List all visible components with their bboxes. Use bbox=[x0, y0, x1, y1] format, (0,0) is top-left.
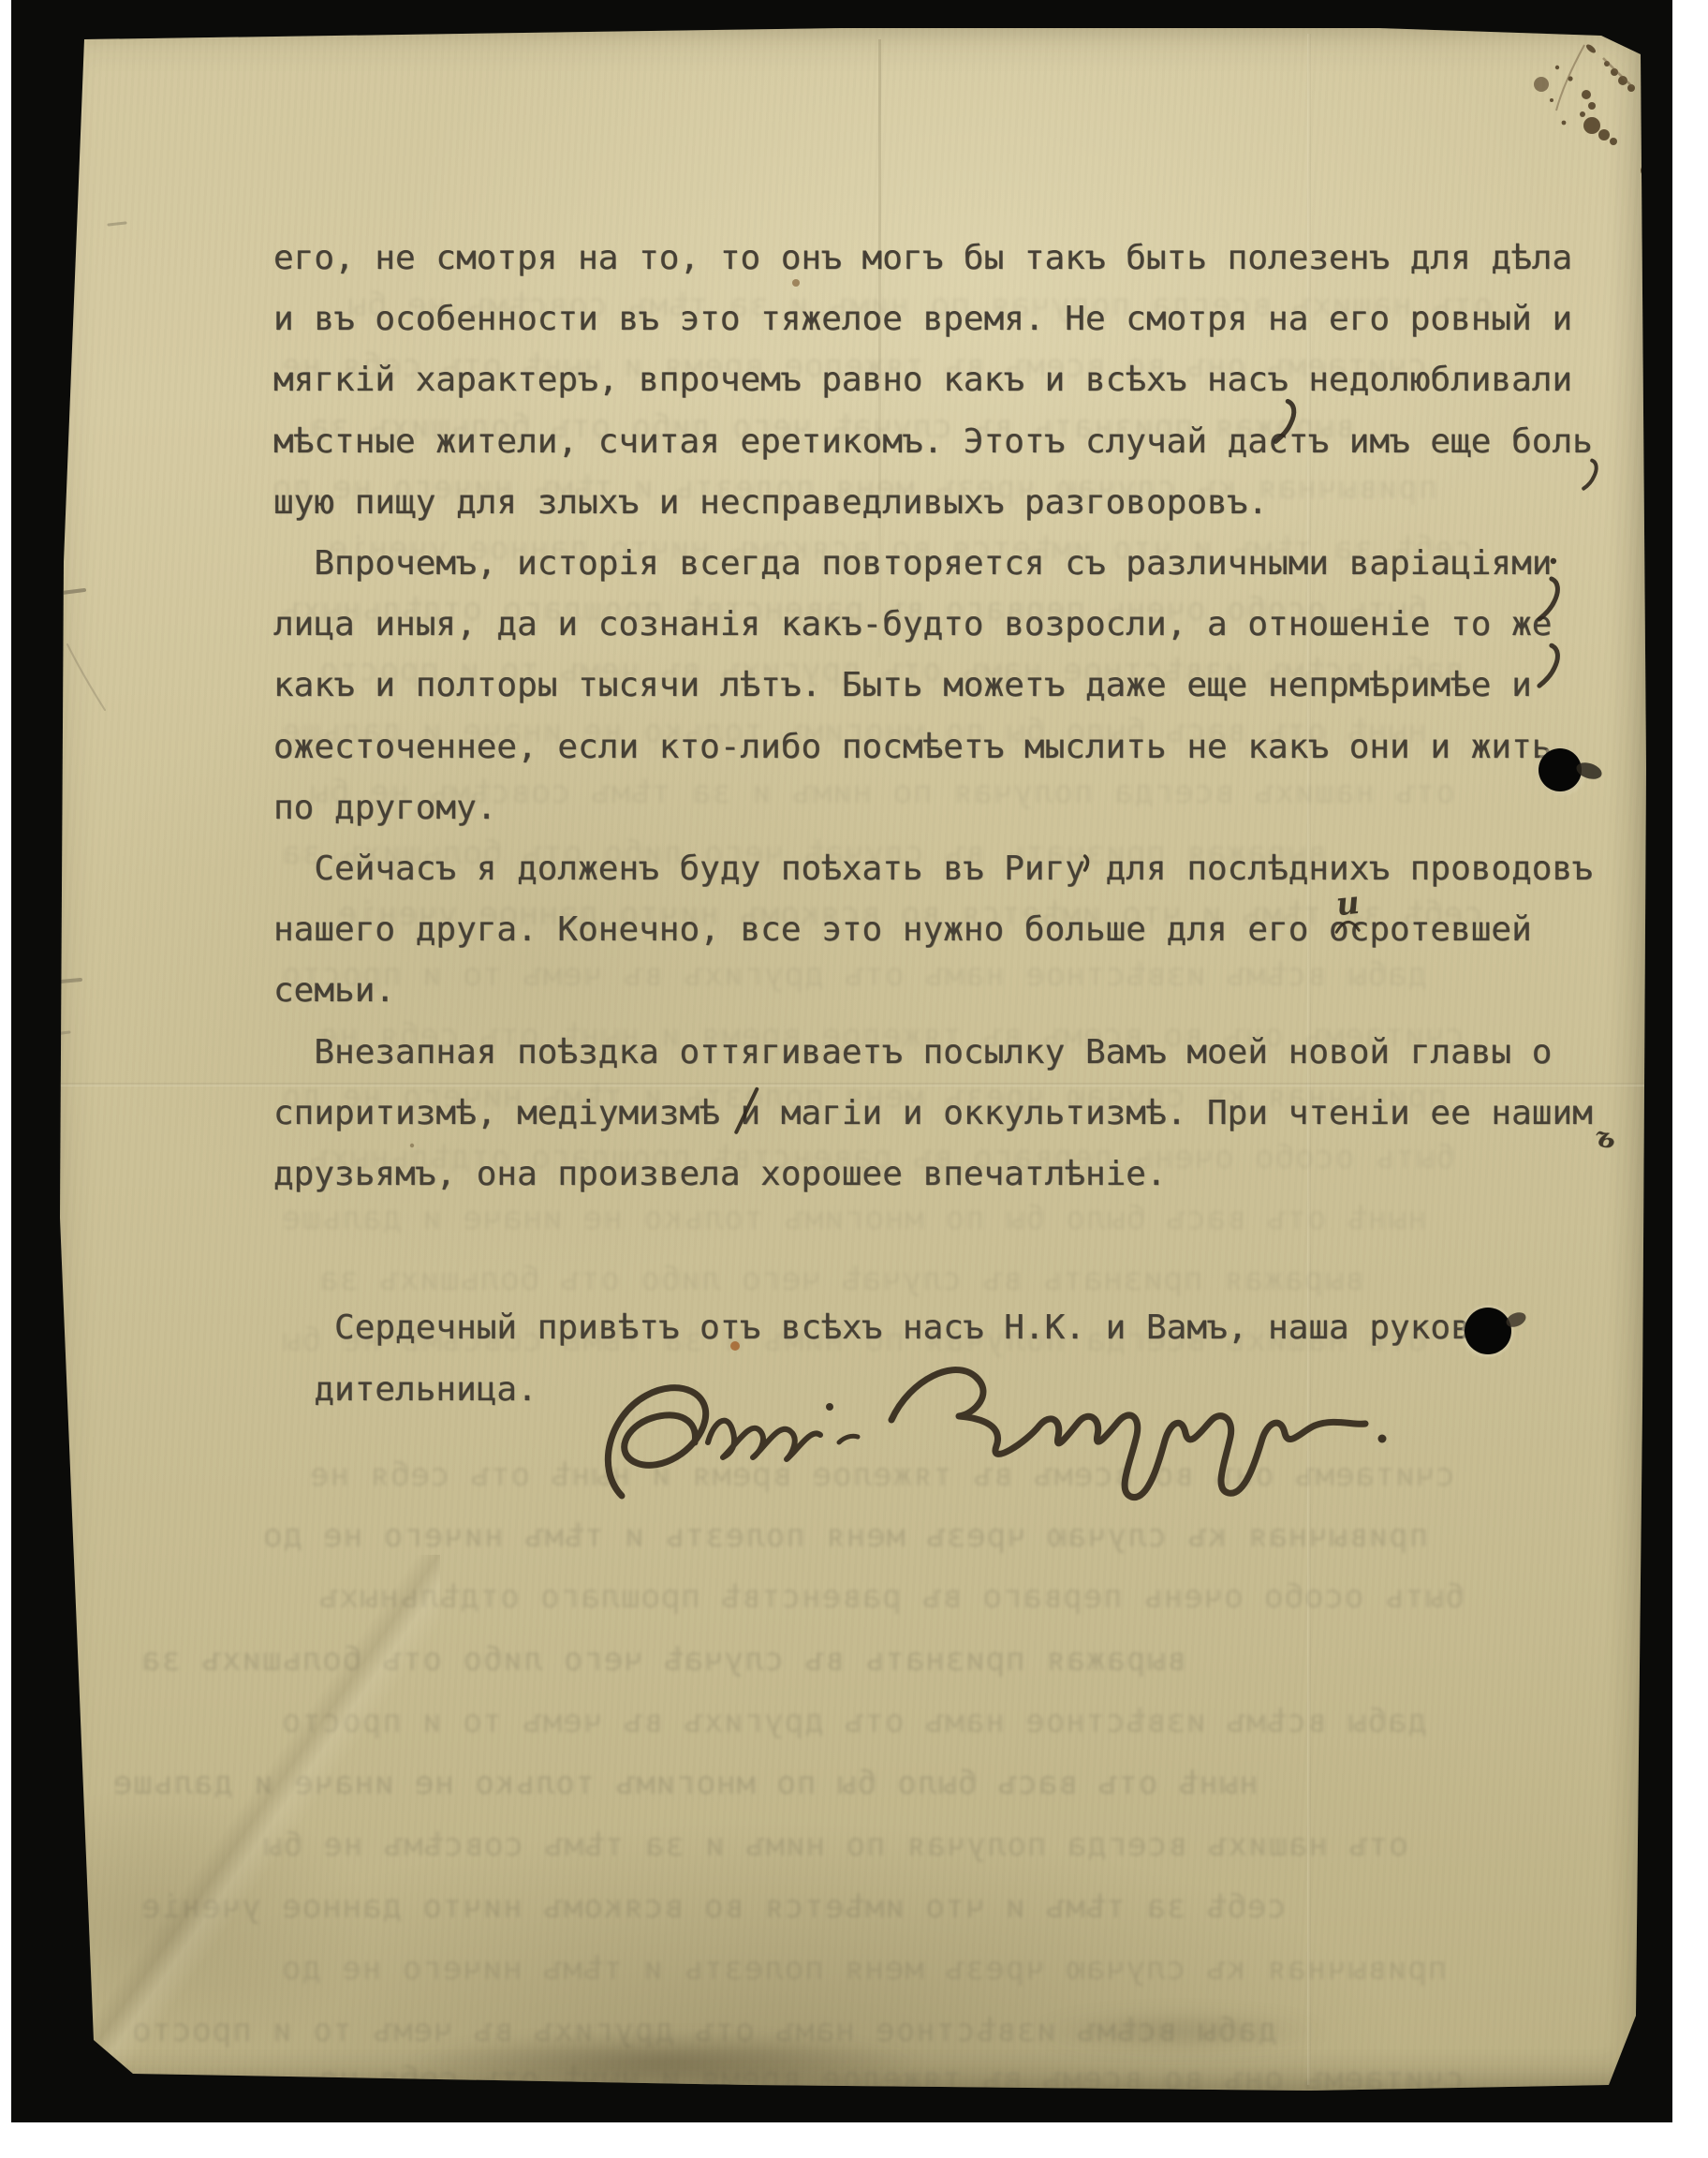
typed-line: мягкій характеръ, впрочемъ равно какъ и … bbox=[273, 352, 1572, 414]
typed-line: ожесточеннее, если кто-либо посмѣетъ мыс… bbox=[273, 719, 1552, 781]
typed-line: Сердечный привѣтъ отъ всѣхъ насъ Н.К. и … bbox=[273, 1300, 1511, 1362]
typed-line: дительница. bbox=[273, 1362, 537, 1424]
typed-line: мѣстные жители, считая еретикомъ. Этотъ … bbox=[273, 414, 1593, 476]
typed-line: Сейчасъ я долженъ буду поѣхать въ Ригу д… bbox=[273, 841, 1593, 903]
typed-line: нашего друга. Конечно, все это нужно бол… bbox=[273, 902, 1532, 964]
typed-line: Впрочемъ, исторія всегда повторяется съ … bbox=[273, 536, 1552, 598]
typed-line: и въ особенности въ это тяжелое время. Н… bbox=[273, 291, 1572, 353]
typed-line: спиритизмѣ, медіумизмѣ и магіи и оккульт… bbox=[273, 1086, 1593, 1147]
letter-paper: отъ нашихъ всегда получая по нимъ и за т… bbox=[49, 26, 1652, 2094]
typed-line: Внезапная поѣздка оттягиваетъ посылку Ва… bbox=[273, 1025, 1552, 1086]
typed-line: семьи. bbox=[273, 963, 395, 1025]
typed-line: по другому. bbox=[273, 780, 496, 842]
hole-punch bbox=[1539, 748, 1582, 791]
hole-punch bbox=[1465, 1308, 1511, 1354]
typed-line: шую пищу для злыхъ и несправедливыхъ раз… bbox=[273, 475, 1268, 537]
typed-text-block: его, не смотря на то, то онъ могъ бы так… bbox=[49, 26, 1652, 2094]
paper-content: отъ нашихъ всегда получая по нимъ и за т… bbox=[49, 26, 1652, 2094]
typed-line: лица иныя, да и сознанія какъ-будто возр… bbox=[273, 597, 1552, 658]
typed-line: какъ и полторы тысячи лѣтъ. Быть можетъ … bbox=[273, 658, 1532, 719]
typed-line: друзьямъ, она произвела хорошее впечатлѣ… bbox=[273, 1146, 1167, 1208]
typed-line: его, не смотря на то, то онъ могъ бы так… bbox=[273, 230, 1572, 292]
